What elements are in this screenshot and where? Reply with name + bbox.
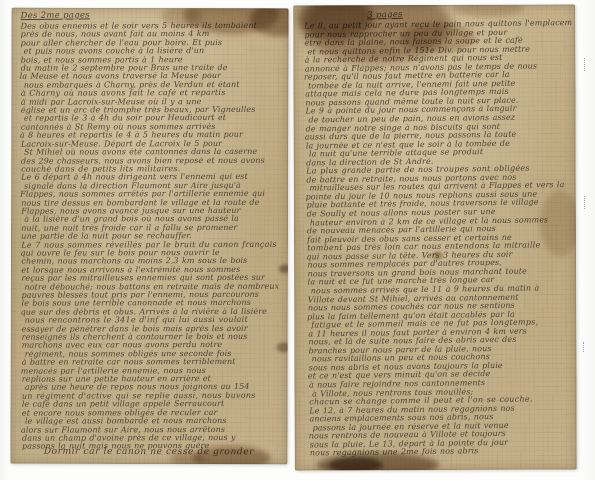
letter-scan: Des 2me pages Des obus ennemis et le soi… — [0, 0, 595, 480]
page-left-body: Des obus ennemis et le soir vers 5 heure… — [21, 22, 285, 452]
page-right-header: 3 pages — [367, 10, 403, 21]
page-left-header: Des 2me pages — [21, 10, 90, 21]
stain — [329, 457, 383, 470]
letter-page-right: 3 pages Le 8, au petit jour ayant reçu l… — [293, 5, 577, 471]
page-right-body: Le 8, au petit jour ayant reçu le pain n… — [304, 19, 577, 458]
letter-page-left: Des 2me pages Des obus ennemis et le soi… — [10, 8, 288, 465]
stain — [453, 5, 523, 17]
scanner-edge-mark — [584, 58, 585, 71]
scanner-edge-mark — [583, 342, 584, 352]
scanner-edge-mark — [584, 196, 585, 209]
page-left-footer-line: Dormir car le canon ne cesse de gronder — [10, 447, 287, 458]
